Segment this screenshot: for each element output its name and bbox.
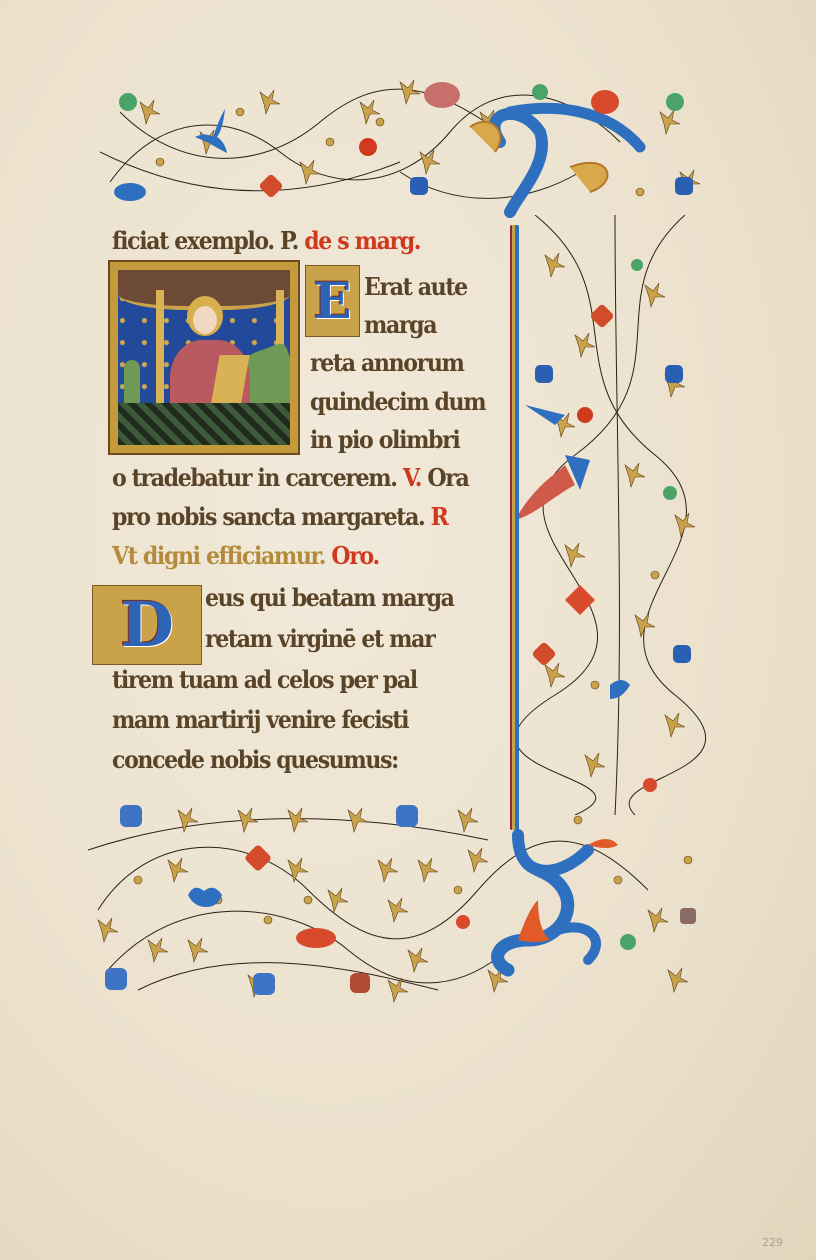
saint-head-halo bbox=[193, 306, 217, 334]
text-segment: eus qui beatam marga bbox=[205, 583, 454, 612]
architecture-arch bbox=[118, 270, 290, 310]
text-segment: ficiat exemplo. bbox=[112, 226, 280, 255]
tiled-floor bbox=[118, 403, 290, 445]
text-segment: Vt digni efficiamur. bbox=[112, 541, 331, 570]
text-segment: o tradebatur in carcerem. bbox=[112, 463, 403, 492]
rubric-segment: de s marg. bbox=[304, 226, 420, 255]
text-line-8: pro nobis sancta margareta. R bbox=[112, 502, 448, 542]
text-segment: in pio olimbri bbox=[310, 425, 459, 454]
text-line-5: quindecim dum bbox=[310, 387, 485, 427]
text-segment: P. bbox=[280, 226, 304, 255]
miniature-saint-margaret bbox=[108, 260, 300, 455]
text-segment: marga bbox=[364, 310, 436, 339]
text-line-12: tirem tuam ad celos per pal bbox=[112, 665, 417, 705]
rubric-segment: R bbox=[431, 502, 448, 531]
text-line-4: reta annorum bbox=[310, 348, 464, 388]
text-line-1: ficiat exemplo. P. de s marg. bbox=[112, 226, 420, 266]
text-line-6: in pio olimbri bbox=[310, 425, 459, 465]
text-line-10: eus qui beatam marga bbox=[205, 583, 454, 623]
illuminated-initial-e: E bbox=[305, 265, 360, 337]
folio-number: 229 bbox=[762, 1236, 783, 1249]
text-segment: reta annorum bbox=[310, 348, 464, 377]
text-segment: tirem tuam ad celos per pal bbox=[112, 665, 417, 694]
text-line-7: o tradebatur in carcerem. V. Ora bbox=[112, 463, 468, 503]
text-line-3: marga bbox=[364, 310, 436, 350]
illuminated-initial-d: D bbox=[92, 585, 202, 665]
text-segment: pro nobis sancta margareta. bbox=[112, 502, 431, 531]
text-line-2: Erat aute bbox=[364, 272, 467, 312]
bottom-border-decoration bbox=[88, 790, 708, 1010]
vertical-border-bar bbox=[510, 225, 519, 830]
text-line-13: mam martirij venire fecisti bbox=[112, 705, 408, 745]
vine-scroll-icon bbox=[100, 72, 710, 222]
vine-scroll-icon bbox=[88, 790, 708, 1010]
text-segment: Ora bbox=[427, 463, 468, 492]
text-segment: concede nobis quesumus: bbox=[112, 745, 398, 774]
text-line-14: concede nobis quesumus: bbox=[112, 745, 398, 785]
text-line-9: Vt digni efficiamur. Oro. bbox=[112, 541, 379, 581]
rubric-segment: V. bbox=[403, 463, 428, 492]
text-segment: mam martirij venire fecisti bbox=[112, 705, 408, 734]
text-segment: Erat aute bbox=[364, 272, 467, 301]
vine-scroll-icon bbox=[515, 215, 710, 815]
initial-letter: D bbox=[120, 594, 174, 656]
right-border-decoration bbox=[515, 215, 710, 815]
manuscript-page: E D ficiat exemplo. P. de s marg. Erat a… bbox=[0, 0, 816, 1260]
text-segment: retam virginē et mar bbox=[205, 624, 434, 653]
initial-letter: E bbox=[313, 276, 351, 326]
miniature-scene bbox=[118, 270, 290, 445]
text-line-11: retam virginē et mar bbox=[205, 624, 434, 664]
rubric-segment: Oro. bbox=[331, 541, 378, 570]
top-border-decoration bbox=[100, 72, 710, 222]
text-segment: quindecim dum bbox=[310, 387, 485, 416]
